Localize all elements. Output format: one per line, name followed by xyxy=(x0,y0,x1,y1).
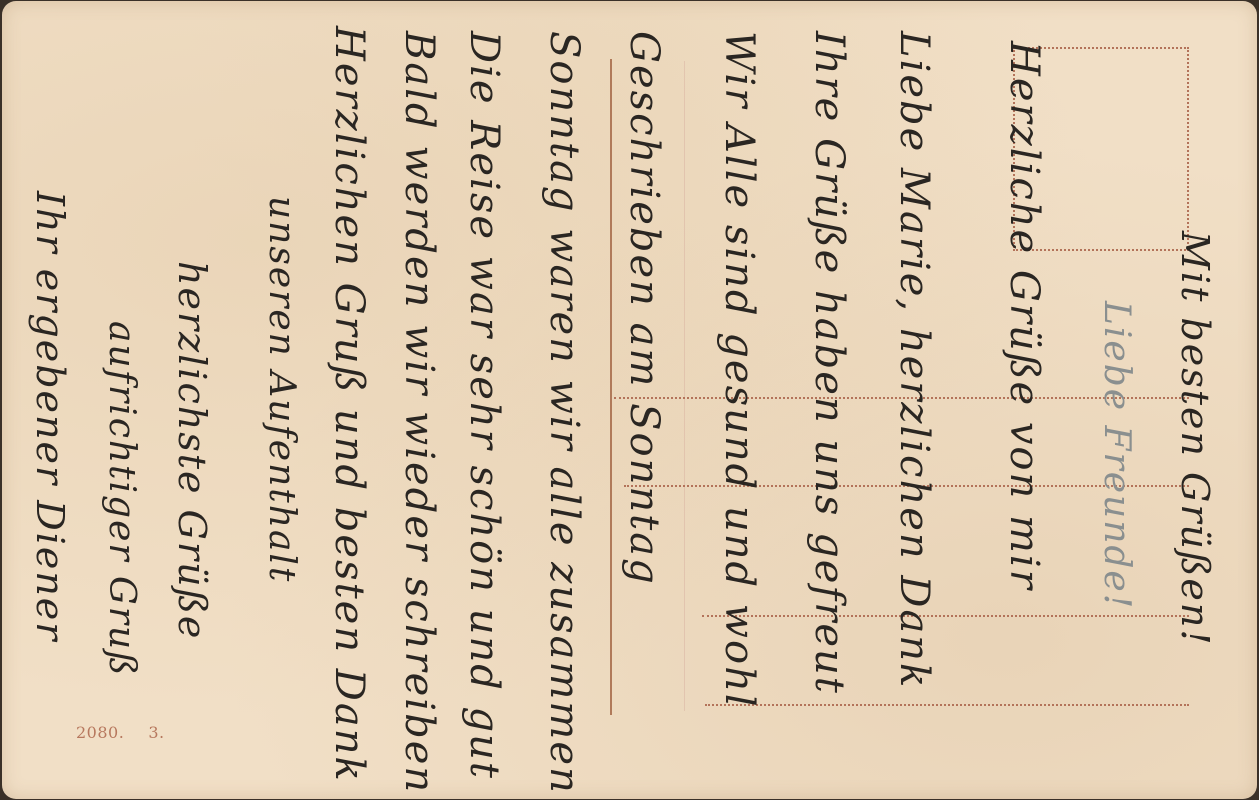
handwriting-column: Herzliche Grüße von mir xyxy=(1001,41,1047,591)
handwriting-column: Wir Alle sind gesund und wohl xyxy=(716,31,762,709)
print-number-main: 2080. xyxy=(76,723,124,742)
handwriting-column: herzlichste Grüße xyxy=(170,261,214,640)
handwriting-column: Geschrieben am Sonntag xyxy=(621,31,667,586)
faint-guide-line xyxy=(684,61,685,711)
handwriting-column: Herzlichen Gruß und besten Dank xyxy=(326,26,372,783)
print-number: 2080.3. xyxy=(76,723,189,742)
address-line-3 xyxy=(702,615,1189,617)
handwriting-column: Sonntag waren wir alle zusammen xyxy=(541,31,587,795)
handwriting-column: Ihr ergebener Diener xyxy=(28,191,72,642)
handwriting-column: Bald werden wir wieder schreiben xyxy=(396,31,442,794)
handwriting-column: Ihre Grüße haben uns gefreut xyxy=(806,31,852,695)
center-divider-line xyxy=(610,59,612,715)
postcard-back: 2080.3. Ihr ergebener Diener aufrichtige… xyxy=(2,1,1257,799)
print-number-sub: 3. xyxy=(148,723,164,742)
address-line-4 xyxy=(705,704,1189,706)
handwriting-column: Mit besten Grüßen! xyxy=(1173,231,1217,647)
handwriting-column: Die Reise war sehr schön und gut xyxy=(461,31,507,780)
handwriting-column: Liebe Marie, herzlichen Dank xyxy=(891,31,937,689)
handwriting-column-pencil: Liebe Freunde! xyxy=(1096,301,1137,610)
handwriting-column: unseren Aufenthalt xyxy=(261,196,302,583)
handwriting-column: aufrichtiger Gruß xyxy=(101,321,142,677)
